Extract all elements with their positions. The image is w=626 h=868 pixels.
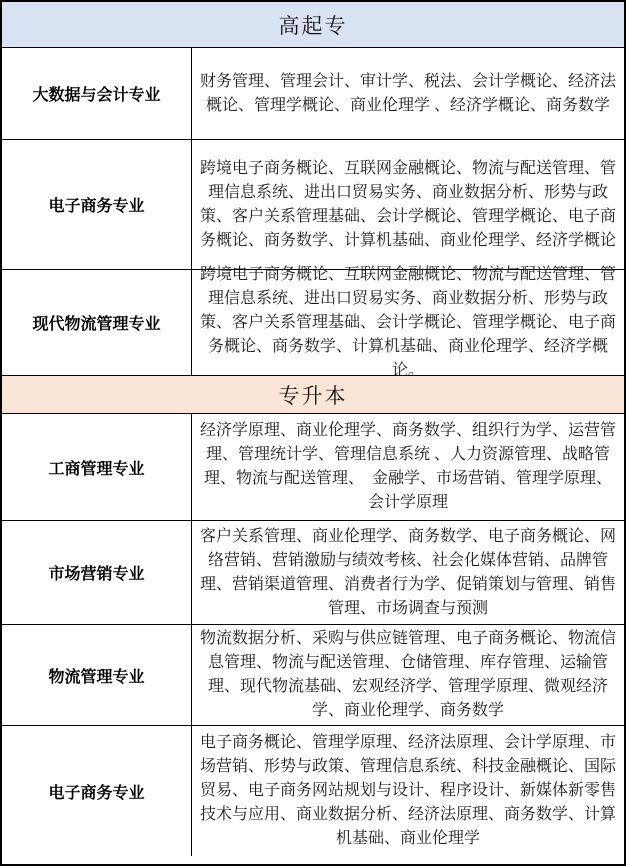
major-cell: 工商管理专业 xyxy=(2,414,192,520)
table-row: 电子商务专业 电子商务概论、管理学原理、经济法原理、会计学原理、市场营销、形势与… xyxy=(2,725,624,856)
major-cell: 大数据与会计专业 xyxy=(2,48,192,139)
section-header-zhuanshengben: 专升本 xyxy=(2,375,624,413)
courses-list: 跨境电子商务概论、互联网金融概论、物流与配送管理、管理信息系统、进出口贸易实务、… xyxy=(197,157,619,253)
table-row: 物流管理专业 物流数据分析、采购与供应链管理、电子商务概论、物流信息管理、物流与… xyxy=(2,624,624,725)
major-cell: 现代物流管理专业 xyxy=(2,270,192,375)
major-name: 电子商务专业 xyxy=(48,193,144,216)
table-row: 电子商务专业 跨境电子商务概论、互联网金融概论、物流与配送管理、管理信息系统、进… xyxy=(2,139,624,269)
table-row: 大数据与会计专业 财务管理、管理会计、审计学、税法、会计学概论、经济法概论、管理… xyxy=(2,47,624,139)
major-name: 现代物流管理专业 xyxy=(32,311,160,334)
table-row: 工商管理专业 经济学原理、商业伦理学、商务数学、组织行为学、运营管理、管理统计学… xyxy=(2,413,624,520)
courses-list: 财务管理、管理会计、审计学、税法、会计学概论、经济法概论、管理学概论、商业伦理学… xyxy=(197,70,619,118)
section-header-gaoqizhuan: 高起专 xyxy=(2,2,624,47)
courses-list: 电子商务概论、管理学原理、经济法原理、会计学原理、市场营销、形势与政策、管理信息… xyxy=(197,731,619,851)
courses-list: 跨境电子商务概论、互联网金融概论、物流与配送管理、管理信息系统、进出口贸易实务、… xyxy=(197,263,619,383)
courses-cell: 财务管理、管理会计、审计学、税法、会计学概论、经济法概论、管理学概论、商业伦理学… xyxy=(192,48,624,139)
courses-list: 客户关系管理、商业伦理学、商务数学、电子商务概论、网络营销、营销激励与绩效考核、… xyxy=(197,525,619,621)
major-cell: 物流管理专业 xyxy=(2,625,192,725)
section-title: 高起专 xyxy=(279,10,348,40)
section-title: 专升本 xyxy=(279,380,348,410)
major-cell: 电子商务专业 xyxy=(2,726,192,856)
courses-list: 物流数据分析、采购与供应链管理、电子商务概论、物流信息管理、物流与配送管理、仓储… xyxy=(197,627,619,723)
major-name: 大数据与会计专业 xyxy=(32,82,160,105)
courses-cell: 经济学原理、商业伦理学、商务数学、组织行为学、运营管理、管理统计学、管理信息系统… xyxy=(192,414,624,520)
courses-cell: 客户关系管理、商业伦理学、商务数学、电子商务概论、网络营销、营销激励与绩效考核、… xyxy=(192,521,624,624)
table-row: 市场营销专业 客户关系管理、商业伦理学、商务数学、电子商务概论、网络营销、营销激… xyxy=(2,520,624,624)
courses-cell: 电子商务概论、管理学原理、经济法原理、会计学原理、市场营销、形势与政策、管理信息… xyxy=(192,726,624,856)
major-name: 物流管理专业 xyxy=(48,664,144,687)
major-cell: 电子商务专业 xyxy=(2,140,192,269)
table-row: 现代物流管理专业 跨境电子商务概论、互联网金融概论、物流与配送管理、管理信息系统… xyxy=(2,269,624,375)
courses-cell: 跨境电子商务概论、互联网金融概论、物流与配送管理、管理信息系统、进出口贸易实务、… xyxy=(192,270,624,375)
major-name: 工商管理专业 xyxy=(48,456,144,479)
major-name: 电子商务专业 xyxy=(48,780,144,803)
major-name: 市场营销专业 xyxy=(48,561,144,584)
course-table: 高起专 大数据与会计专业 财务管理、管理会计、审计学、税法、会计学概论、经济法概… xyxy=(0,0,626,866)
courses-cell: 物流数据分析、采购与供应链管理、电子商务概论、物流信息管理、物流与配送管理、仓储… xyxy=(192,625,624,725)
courses-list: 经济学原理、商业伦理学、商务数学、组织行为学、运营管理、管理统计学、管理信息系统… xyxy=(197,419,619,515)
courses-cell: 跨境电子商务概论、互联网金融概论、物流与配送管理、管理信息系统、进出口贸易实务、… xyxy=(192,140,624,269)
major-cell: 市场营销专业 xyxy=(2,521,192,624)
